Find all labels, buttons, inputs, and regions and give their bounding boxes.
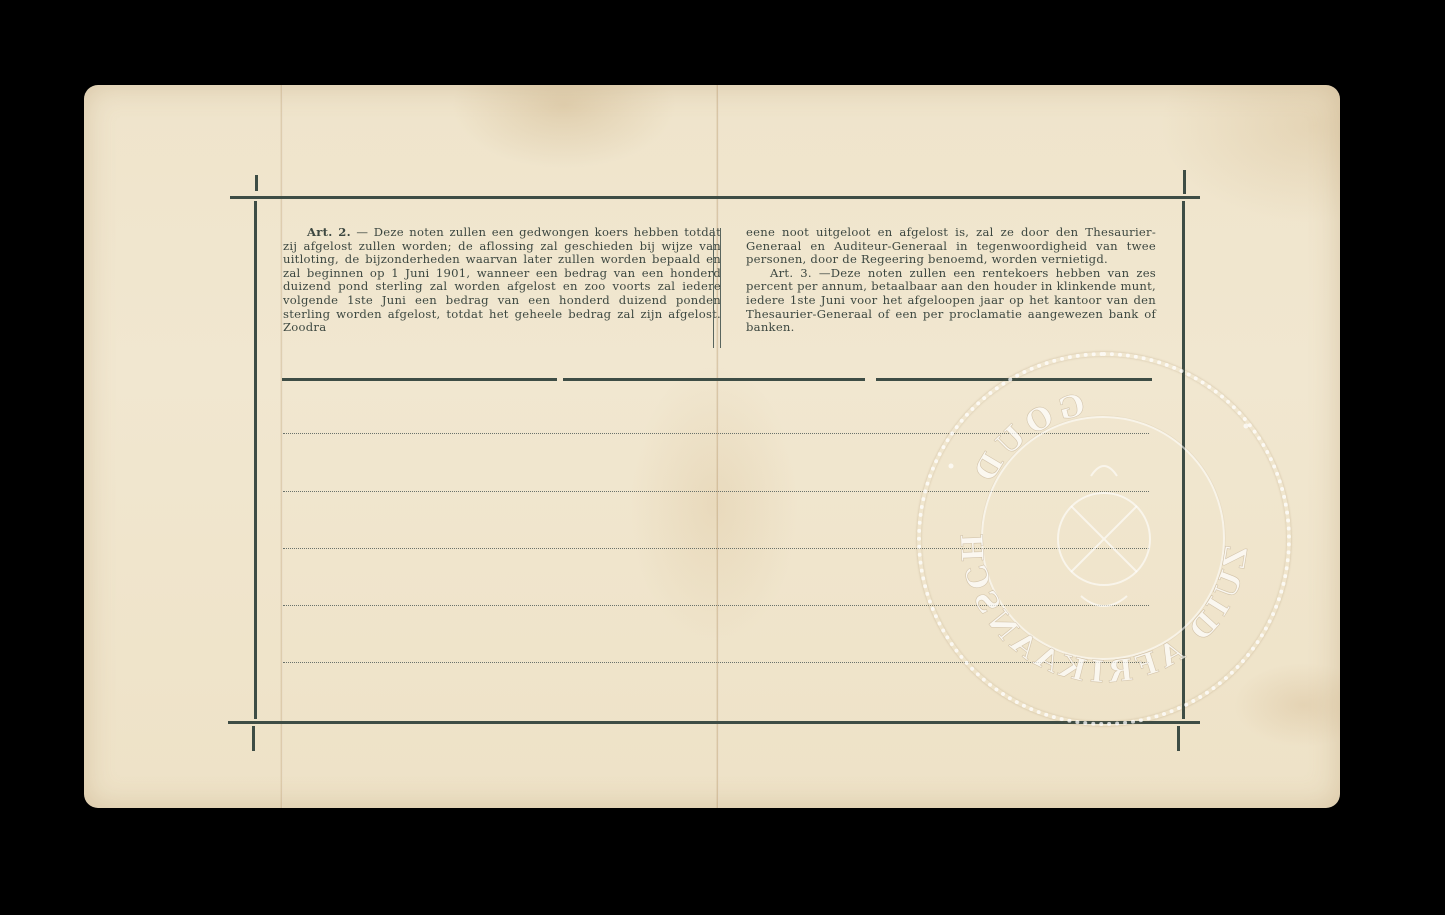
article-2-column: Art. 2. — Deze noten zullen een gedwonge… [283, 226, 721, 335]
corner-tick-top-left [255, 175, 258, 191]
separator-rule-2 [563, 378, 865, 381]
embossed-seal: ZUID AFRIKAANSCHE REPUBLIEK GOUD [917, 352, 1291, 726]
svg-text:GOUD: GOUD [965, 387, 1089, 492]
article-2-text: — Deze noten zullen een gedwongen koers … [283, 225, 721, 334]
seal-legend-top: GOUD [965, 387, 1089, 492]
frame-top-rule [230, 196, 1200, 199]
seal-legend-icon: ZUID AFRIKAANSCHE REPUBLIEK GOUD [921, 356, 1287, 722]
corner-tick-bottom-right [1177, 726, 1180, 751]
column-divider [713, 228, 721, 348]
article-2-label: Art. 2. [307, 225, 351, 239]
separator-rule-1 [282, 378, 557, 381]
frame-left-rule [254, 201, 257, 719]
coat-of-arms-icon [1058, 466, 1150, 606]
article-3-column: eene noot uitgeloot en afgelost is, zal … [746, 226, 1156, 335]
corner-tick-bottom-left [252, 726, 255, 751]
corner-tick-top-right [1183, 170, 1186, 194]
article-3-label: Art. 3. [770, 266, 812, 280]
fold-crease-left [280, 85, 283, 808]
fold-crease-center [716, 85, 719, 808]
article-2-continuation: eene noot uitgeloot en afgelost is, zal … [746, 226, 1156, 267]
